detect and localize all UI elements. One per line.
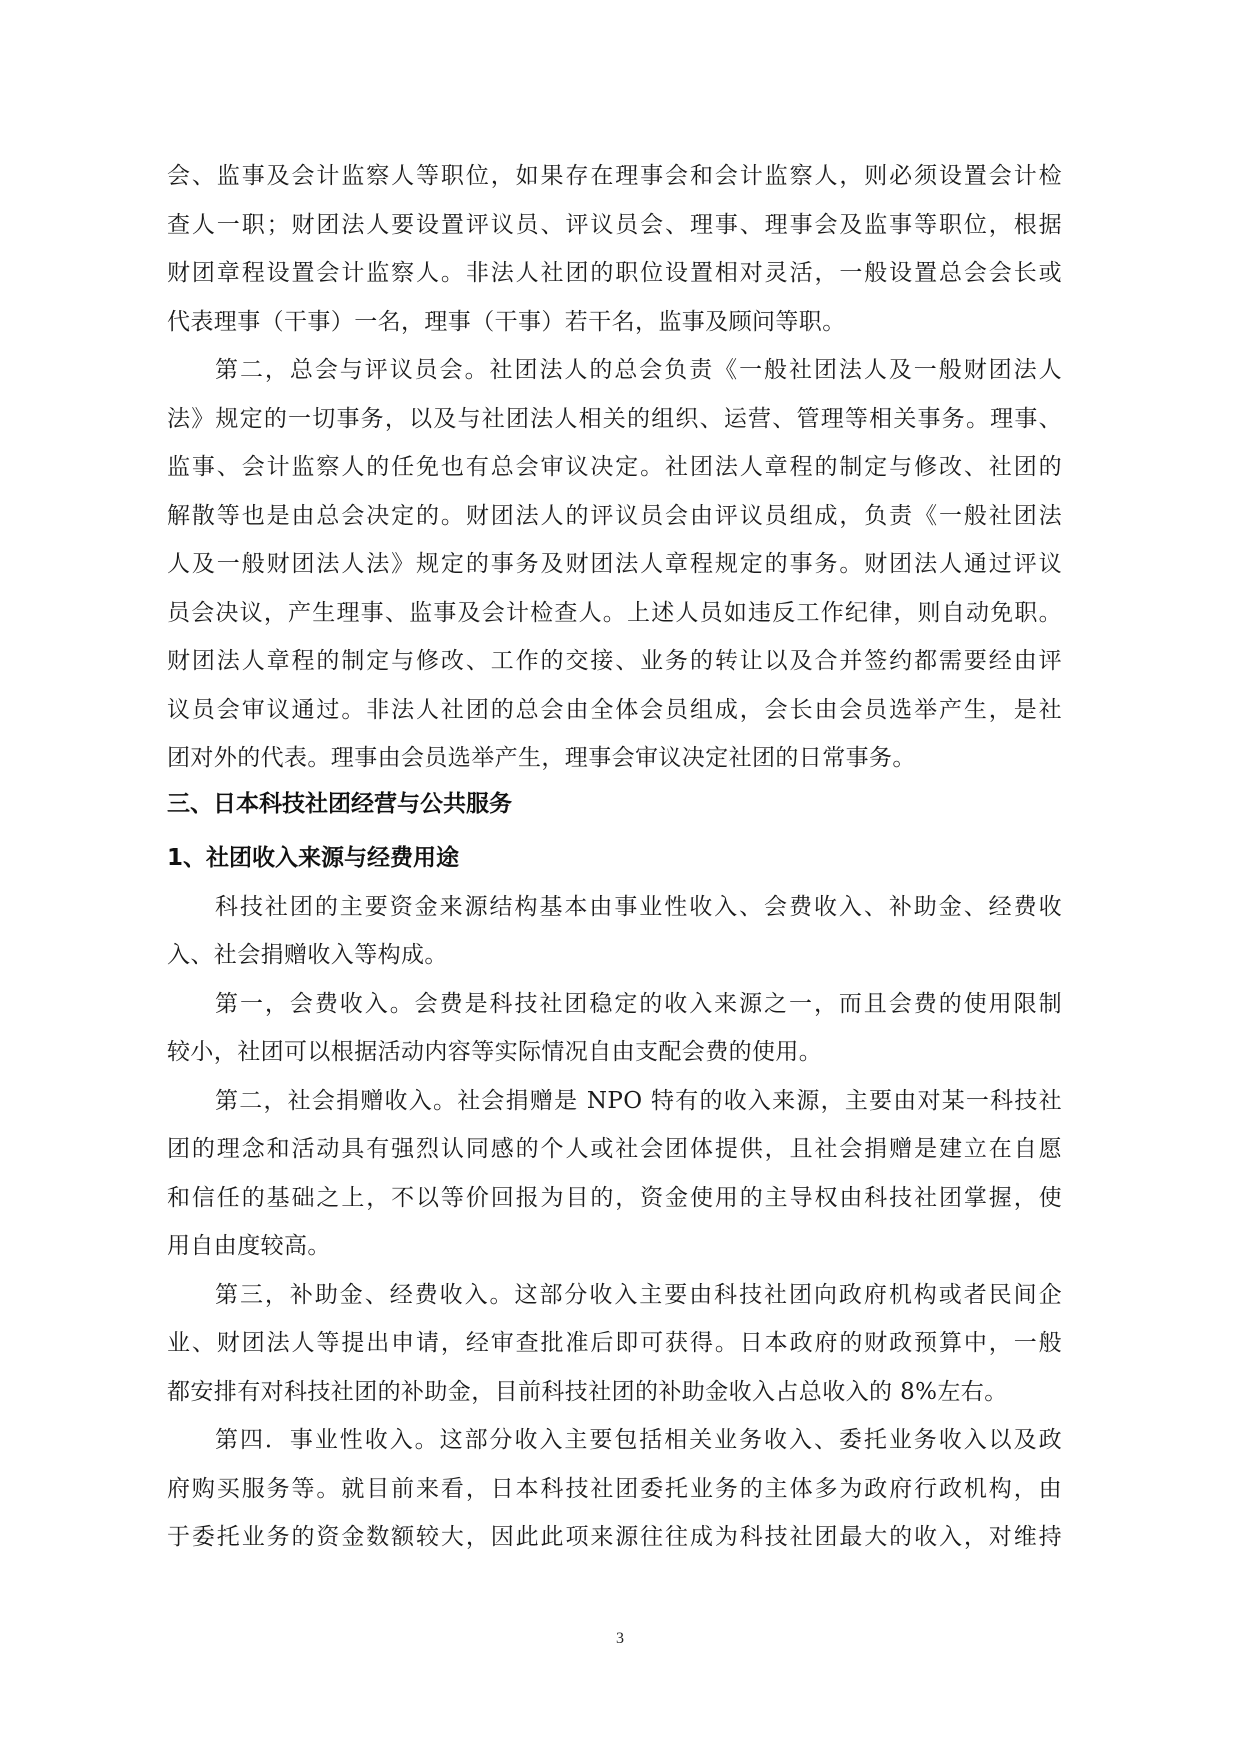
section-heading: 三、日本科技社团经营与公共服务 — [167, 779, 1062, 829]
paragraph-membership-fees: 第一，会费收入。会费是科技社团稳定的收入来源之一，而且会费的使用限制 较小，社团… — [167, 980, 1062, 1077]
text-line: 府购买服务等。就目前来看，日本科技社团委托业务的主体多为政府行政机构，由 — [167, 1465, 1062, 1514]
text-line: 第四．事业性收入。这部分收入主要包括相关业务收入、委托业务收入以及政 — [167, 1416, 1062, 1465]
document-body: 会、监事及会计监察人等职位，如果存在理事会和会计监察人，则必须设置会计检 查人一… — [167, 152, 1062, 1562]
paragraph-donations: 第二，社会捐赠收入。社会捐赠是 NPO 特有的收入来源，主要由对某一科技社 团的… — [167, 1077, 1062, 1271]
text-line: 员会决议，产生理事、监事及会计检查人。上述人员如违反工作纪律，则自动免职。 — [167, 589, 1062, 638]
text-line: 查人一职；财团法人要设置评议员、评议员会、理事、理事会及监事等职位，根据 — [167, 201, 1062, 250]
paragraph-subsidies: 第三，补助金、经费收入。这部分收入主要由科技社团向政府机构或者民间企 业、财团法… — [167, 1271, 1062, 1417]
subsection-heading: 1、社团收入来源与经费用途 — [167, 833, 1062, 883]
text-line: 科技社团的主要资金来源结构基本由事业性收入、会费收入、补助金、经费收 — [167, 883, 1062, 932]
text-line: 于委托业务的资金数额较大，因此此项来源往往成为科技社团最大的收入，对维持 — [167, 1513, 1062, 1562]
text-line: 人及一般财团法人法》规定的事务及财团法人章程规定的事务。财团法人通过评议 — [167, 540, 1062, 589]
text-line: 法》规定的一切事务，以及与社团法人相关的组织、运营、管理等相关事务。理事、 — [167, 395, 1062, 444]
text-line: 第一，会费收入。会费是科技社团稳定的收入来源之一，而且会费的使用限制 — [167, 980, 1062, 1029]
text-line: 第三，补助金、经费收入。这部分收入主要由科技社团向政府机构或者民间企 — [167, 1271, 1062, 1320]
text-line: 第二，社会捐赠收入。社会捐赠是 NPO 特有的收入来源，主要由对某一科技社 — [167, 1077, 1062, 1126]
paragraph-funding-intro: 科技社团的主要资金来源结构基本由事业性收入、会费收入、补助金、经费收 入、社会捐… — [167, 883, 1062, 980]
page-number: 3 — [0, 1630, 1240, 1648]
text-line: 解散等也是由总会决定的。财团法人的评议员会由评议员组成，负责《一般社团法 — [167, 492, 1062, 541]
text-line: 财团章程设置会计监察人。非法人社团的职位设置相对灵活，一般设置总会会长或 — [167, 249, 1062, 298]
text-line: 会、监事及会计监察人等职位，如果存在理事会和会计监察人，则必须设置会计检 — [167, 152, 1062, 201]
text-line: 团的理念和活动具有强烈认同感的个人或社会团体提供，且社会捐赠是建立在自愿 — [167, 1125, 1062, 1174]
text-line: 都安排有对科技社团的补助金，目前科技社团的补助金收入占总收入的 8%左右。 — [167, 1368, 1062, 1417]
text-line: 业、财团法人等提出申请，经审查批准后即可获得。日本政府的财政预算中，一般 — [167, 1319, 1062, 1368]
text-line: 和信任的基础之上，不以等价回报为目的，资金使用的主导权由科技社团掌握，使 — [167, 1174, 1062, 1223]
text-line: 监事、会计监察人的任免也有总会审议决定。社团法人章程的制定与修改、社团的 — [167, 443, 1062, 492]
document-page: 会、监事及会计监察人等职位，如果存在理事会和会计监察人，则必须设置会计检 查人一… — [0, 0, 1240, 1753]
paragraph-general-assembly: 第二，总会与评议员会。社团法人的总会负责《一般社团法人及一般财团法人 法》规定的… — [167, 346, 1062, 783]
text-line: 代表理事（干事）一名，理事（干事）若干名，监事及顾问等职。 — [167, 298, 1062, 347]
text-line: 用自由度较高。 — [167, 1222, 1062, 1271]
text-line: 第二，总会与评议员会。社团法人的总会负责《一般社团法人及一般财团法人 — [167, 346, 1062, 395]
text-line: 财团法人章程的制定与修改、工作的交接、业务的转让以及合并签约都需要经由评 — [167, 637, 1062, 686]
text-line: 较小，社团可以根据活动内容等实际情况自由支配会费的使用。 — [167, 1028, 1062, 1077]
text-line: 入、社会捐赠收入等构成。 — [167, 931, 1062, 980]
paragraph-business-income: 第四．事业性收入。这部分收入主要包括相关业务收入、委托业务收入以及政 府购买服务… — [167, 1416, 1062, 1562]
text-line: 议员会审议通过。非法人社团的总会由全体会员组成，会长由会员选举产生，是社 — [167, 686, 1062, 735]
text-line: 团对外的代表。理事由会员选举产生，理事会审议决定社团的日常事务。 — [167, 734, 1062, 783]
paragraph-positions-continued: 会、监事及会计监察人等职位，如果存在理事会和会计监察人，则必须设置会计检 查人一… — [167, 152, 1062, 346]
